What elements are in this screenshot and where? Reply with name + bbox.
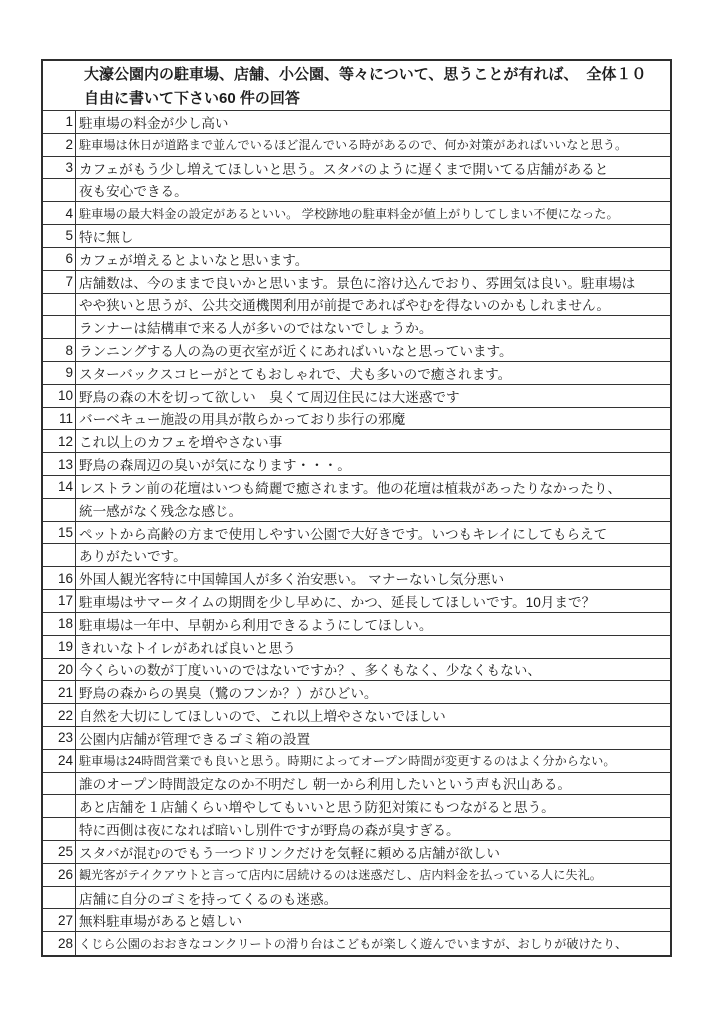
row-text: 特に無し (76, 225, 670, 247)
row-number: 18 (43, 613, 76, 635)
row-text: やや狭いと思うが、公共交通機関利用が前提であればやむを得ないのかもしれません。 (76, 294, 670, 316)
table-row: 21野鳥の森からの異臭（鷺のフンか？）がひどい。 (43, 681, 670, 704)
row-text: カフェがもう少し増えてほしいと思う。スタバのように遅くまで開いてる店舗があると (76, 157, 670, 179)
row-number: 1 (43, 111, 76, 133)
row-number: 25 (43, 841, 76, 863)
row-number (43, 773, 76, 795)
row-text: カフェが増えるとよいなと思います。 (76, 248, 670, 270)
row-number: 21 (43, 681, 76, 703)
row-text: 自然を大切にしてほしいので、これ以上増やさないでほしい (76, 704, 670, 726)
table-row: 16外国人観光客特に中国韓国人が多く治安悪い。 マナーないし気分悪い (43, 567, 670, 590)
row-number: 2 (43, 134, 76, 156)
row-text: 野鳥の森からの異臭（鷺のフンか？）がひどい。 (76, 681, 670, 703)
header-subtitle: 自由に書いて下さい60 件の回答 (84, 87, 670, 108)
row-number: 15 (43, 522, 76, 544)
table-row: 19きれいなトイレがあれば良いと思う (43, 636, 670, 659)
table-row: 10野鳥の森の木を切って欲しい 臭くて周辺住民には大迷惑です (43, 385, 670, 408)
table-row: 22自然を大切にしてほしいので、これ以上増やさないでほしい (43, 704, 670, 727)
row-number: 24 (43, 750, 76, 772)
row-text: 野鳥の森の木を切って欲しい 臭くて周辺住民には大迷惑です (76, 385, 670, 407)
row-number: 10 (43, 385, 76, 407)
row-text: くじら公園のおおきなコンクリートの滑り台はこどもが楽しく遊んでいますが、おしりが… (76, 932, 670, 955)
row-text: 誰のオープン時間設定なのか不明だし 朝一から利用したいという声も沢山ある。 (76, 773, 670, 795)
table-row: 2駐車場は休日が道路まで並んでいるほど混んでいる時があるので、何か対策があればい… (43, 134, 670, 157)
table-row: 1駐車場の料金が少し高い (43, 111, 670, 134)
row-text: 駐車場の料金が少し高い (76, 111, 670, 133)
table-row: 5特に無し (43, 225, 670, 248)
header-title: 大濠公園内の駐車場、店舗、小公園、等々について、思うことが有れば、 (84, 63, 578, 84)
row-text: 店舗数は、今のままで良いかと思います。景色に溶け込んでおり、雰囲気は良い。駐車場… (76, 271, 670, 293)
row-number: 26 (43, 864, 76, 886)
row-number: 6 (43, 248, 76, 270)
table-row: あと店舗を１店舗くらい増やしてもいいと思う防犯対策にもつながると思う。 (43, 795, 670, 818)
table-row: 特に西側は夜になれば暗いし別件ですが野鳥の森が臭すぎる。 (43, 818, 670, 841)
table-row: 11バーベキュー施設の用具が散らかっており歩行の邪魔 (43, 408, 670, 431)
row-text: きれいなトイレがあれば良いと思う (76, 636, 670, 658)
table-row: 統一感がなく残念な感じ。 (43, 499, 670, 522)
table-header: 大濠公園内の駐車場、店舗、小公園、等々について、思うことが有れば、 全体１０ 自… (43, 61, 670, 111)
document-page: 大濠公園内の駐車場、店舗、小公園、等々について、思うことが有れば、 全体１０ 自… (0, 0, 724, 1024)
table-row: 夜も安心できる。 (43, 179, 670, 202)
row-number: 7 (43, 271, 76, 293)
row-number: 13 (43, 453, 76, 475)
row-text: 観光客がテイクアウトと言って店内に居続けるのは迷惑だし、店内料金を払っている人に… (76, 864, 670, 886)
row-number: 3 (43, 157, 76, 179)
row-text: 無料駐車場があると嬉しい (76, 909, 670, 931)
table-row: 24駐車場は24時間営業でも良いと思う。時期によってオープン時間が変更するのはよ… (43, 750, 670, 773)
row-number: 14 (43, 476, 76, 498)
table-row: ランナーは結構車で来る人が多いのではないでしょうか。 (43, 316, 670, 339)
row-text: 野鳥の森周辺の臭いが気になります・・・。 (76, 453, 670, 475)
row-text: 今くらいの数が丁度いいのではないですか？、多くもなく、少なくもない、 (76, 659, 670, 681)
row-text: ペットから高齢の方まで使用しやすい公園で大好きです。いつもキレイにしてもらえて (76, 522, 670, 544)
row-text: ありがたいです。 (76, 544, 670, 566)
row-text: 駐車場は一年中、早朝から利用できるようにしてほしい。 (76, 613, 670, 635)
row-text: 駐車場は24時間営業でも良いと思う。時期によってオープン時間が変更するのはよく分… (76, 750, 670, 772)
table-row: 13野鳥の森周辺の臭いが気になります・・・。 (43, 453, 670, 476)
row-number: 23 (43, 727, 76, 749)
table-row: 15ペットから高齢の方まで使用しやすい公園で大好きです。いつもキレイにしてもらえ… (43, 522, 670, 545)
row-text: これ以上のカフェを増やさない事 (76, 430, 670, 452)
table-row: 8ランニングする人の為の更衣室が近くにあればいいなと思っています。 (43, 339, 670, 362)
row-number: 8 (43, 339, 76, 361)
row-number: 22 (43, 704, 76, 726)
row-number: 20 (43, 659, 76, 681)
row-text: 駐車場は休日が道路まで並んでいるほど混んでいる時があるので、何か対策があればいい… (76, 134, 670, 156)
table-row: 6カフェが増えるとよいなと思います。 (43, 248, 670, 271)
row-text: レストラン前の花壇はいつも綺麗で癒されます。他の花壇は植栽があったりなかったり、 (76, 476, 670, 498)
table-row: 17駐車場はサマータイムの期間を少し早めに、かつ、延長してほしいです。10月まで… (43, 590, 670, 613)
row-text: 駐車場の最大料金の設定があるといい。 学校跡地の駐車料金が値上がりしてしまい不便… (76, 202, 670, 224)
row-text: 公園内店舗が管理できるゴミ箱の設置 (76, 727, 670, 749)
row-number (43, 795, 76, 817)
row-number: 19 (43, 636, 76, 658)
table-row: 7店舗数は、今のままで良いかと思います。景色に溶け込んでおり、雰囲気は良い。駐車… (43, 271, 670, 294)
table-row: やや狭いと思うが、公共交通機関利用が前提であればやむを得ないのかもしれません。 (43, 294, 670, 317)
row-number (43, 887, 76, 909)
row-text: 外国人観光客特に中国韓国人が多く治安悪い。 マナーないし気分悪い (76, 567, 670, 589)
row-number: 9 (43, 362, 76, 384)
row-number (43, 316, 76, 338)
row-text: スターバックスコヒーがとてもおしゃれで、犬も多いので癒されます。 (76, 362, 670, 384)
table-row: 25スタバが混むのでもう一つドリンクだけを気軽に頼める店舗が欲しい (43, 841, 670, 864)
row-number (43, 499, 76, 521)
table-row: 28くじら公園のおおきなコンクリートの滑り台はこどもが楽しく遊んでいますが、おし… (43, 932, 670, 955)
table-row: 26観光客がテイクアウトと言って店内に居続けるのは迷惑だし、店内料金を払っている… (43, 864, 670, 887)
row-number: 4 (43, 202, 76, 224)
table-row: 3カフェがもう少し増えてほしいと思う。スタバのように遅くまで開いてる店舗があると (43, 157, 670, 180)
survey-response-table: 大濠公園内の駐車場、店舗、小公園、等々について、思うことが有れば、 全体１０ 自… (41, 59, 672, 957)
row-text: あと店舗を１店舗くらい増やしてもいいと思う防犯対策にもつながると思う。 (76, 795, 670, 817)
row-text: 店舗に自分のゴミを持ってくるのも迷惑。 (76, 887, 670, 909)
table-row: 12これ以上のカフェを増やさない事 (43, 430, 670, 453)
row-number: 5 (43, 225, 76, 247)
row-text: 夜も安心できる。 (76, 179, 670, 201)
row-text: バーベキュー施設の用具が散らかっており歩行の邪魔 (76, 408, 670, 430)
table-row: 27無料駐車場があると嬉しい (43, 909, 670, 932)
row-number (43, 818, 76, 840)
table-row: 20今くらいの数が丁度いいのではないですか？、多くもなく、少なくもない、 (43, 659, 670, 682)
row-number: 27 (43, 909, 76, 931)
row-number: 16 (43, 567, 76, 589)
row-number: 11 (43, 408, 76, 430)
row-number (43, 294, 76, 316)
row-text: 駐車場はサマータイムの期間を少し早めに、かつ、延長してほしいです。10月まで？ (76, 590, 670, 612)
response-rows: 1駐車場の料金が少し高い2駐車場は休日が道路まで並んでいるほど混んでいる時がある… (43, 111, 670, 955)
table-row: 14レストラン前の花壇はいつも綺麗で癒されます。他の花壇は植栽があったりなかった… (43, 476, 670, 499)
table-row: 誰のオープン時間設定なのか不明だし 朝一から利用したいという声も沢山ある。 (43, 773, 670, 796)
header-line1: 大濠公園内の駐車場、店舗、小公園、等々について、思うことが有れば、 全体１０ (84, 63, 670, 84)
table-row: 18駐車場は一年中、早朝から利用できるようにしてほしい。 (43, 613, 670, 636)
row-text: ランナーは結構車で来る人が多いのではないでしょうか。 (76, 316, 670, 338)
row-number (43, 544, 76, 566)
table-row: 23公園内店舗が管理できるゴミ箱の設置 (43, 727, 670, 750)
row-text: ランニングする人の為の更衣室が近くにあればいいなと思っています。 (76, 339, 670, 361)
row-text: スタバが混むのでもう一つドリンクだけを気軽に頼める店舗が欲しい (76, 841, 670, 863)
row-number: 28 (43, 932, 76, 955)
row-number: 12 (43, 430, 76, 452)
row-number (43, 179, 76, 201)
row-number: 17 (43, 590, 76, 612)
row-text: 統一感がなく残念な感じ。 (76, 499, 670, 521)
header-overall-score: 全体１０ (586, 63, 646, 84)
table-row: 9スターバックスコヒーがとてもおしゃれで、犬も多いので癒されます。 (43, 362, 670, 385)
table-row: ありがたいです。 (43, 544, 670, 567)
row-text: 特に西側は夜になれば暗いし別件ですが野鳥の森が臭すぎる。 (76, 818, 670, 840)
table-row: 4駐車場の最大料金の設定があるといい。 学校跡地の駐車料金が値上がりしてしまい不… (43, 202, 670, 225)
table-row: 店舗に自分のゴミを持ってくるのも迷惑。 (43, 887, 670, 910)
